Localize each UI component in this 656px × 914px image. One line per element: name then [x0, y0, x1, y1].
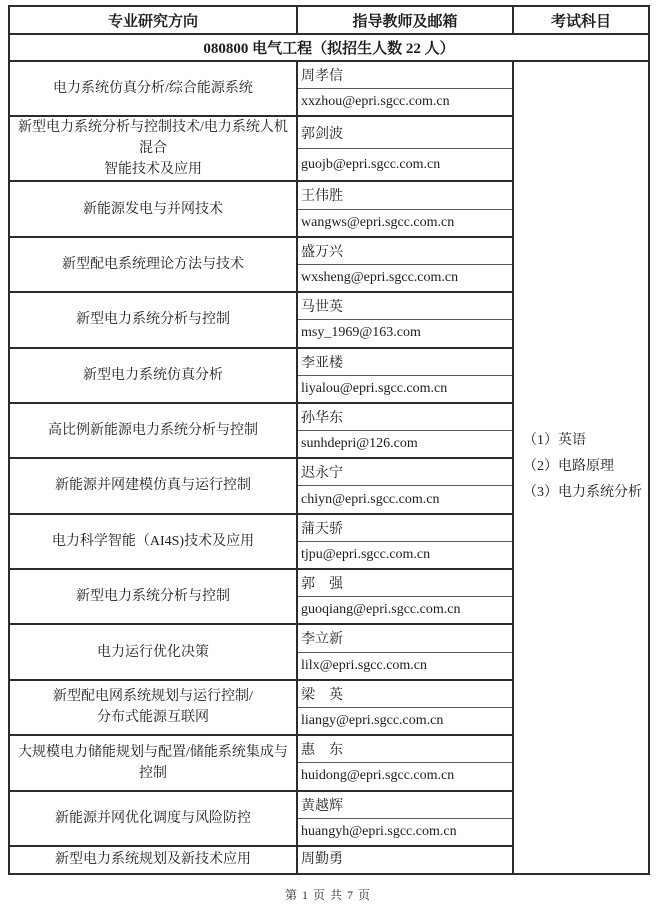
advisor-name: 李亚楼: [297, 348, 513, 376]
direction-cell: 大规模电力储能规划与配置/储能系统集成与控制: [9, 735, 297, 790]
advisor-name: 马世英: [297, 292, 513, 320]
advisor-email: tjpu@epri.sgcc.com.cn: [297, 541, 513, 569]
advisor-name: 梁 英: [297, 680, 513, 708]
advisor-name: 蒲天骄: [297, 514, 513, 542]
page-number: 第 1 页 共 7 页: [0, 886, 656, 903]
direction-cell: 电力运行优化决策: [9, 624, 297, 679]
section-title: 080800 电气工程（拟招生人数 22 人）: [9, 34, 649, 61]
advisor-name: 郭 强: [297, 569, 513, 597]
direction-cell: 新能源发电与并网技术: [9, 181, 297, 236]
advisor-name: 周勤勇: [297, 846, 513, 874]
direction-cell: 新型电力系统分析与控制: [9, 292, 297, 347]
advisor-email: msy_1969@163.com: [297, 320, 513, 348]
admissions-table: 专业研究方向 指导教师及邮箱 考试科目 080800 电气工程（拟招生人数 22…: [8, 5, 650, 875]
exam-subject: （2）电路原理: [523, 454, 648, 480]
direction-cell: 新型电力系统规划及新技术应用: [9, 846, 297, 874]
advisor-email: huidong@epri.sgcc.com.cn: [297, 763, 513, 791]
direction-cell: 新型电力系统分析与控制技术/电力系统人机混合 智能技术及应用: [9, 116, 297, 181]
advisor-name: 王伟胜: [297, 181, 513, 209]
direction-cell: 电力科学智能（AI4S)技术及应用: [9, 514, 297, 569]
direction-cell: 新型电力系统仿真分析: [9, 348, 297, 403]
advisor-email: wxsheng@epri.sgcc.com.cn: [297, 264, 513, 292]
header-advisor-email: 指导教师及邮箱: [297, 6, 513, 34]
advisor-name: 郭剑波: [297, 116, 513, 149]
exam-subject: （3）电力系统分析: [523, 480, 648, 506]
direction-cell: 新型配电网系统规划与运行控制/ 分布式能源互联网: [9, 680, 297, 735]
advisor-email: wangws@epri.sgcc.com.cn: [297, 209, 513, 237]
exam-subjects-cell: （1）英语（2）电路原理（3）电力系统分析: [513, 61, 649, 874]
table-row: 电力系统仿真分析/综合能源系统周孝信（1）英语（2）电路原理（3）电力系统分析: [9, 61, 649, 89]
advisor-email: liangy@epri.sgcc.com.cn: [297, 707, 513, 735]
advisor-email: guoqiang@epri.sgcc.com.cn: [297, 597, 513, 625]
table-body: 电力系统仿真分析/综合能源系统周孝信（1）英语（2）电路原理（3）电力系统分析x…: [9, 61, 649, 874]
direction-cell: 新能源并网优化调度与风险防控: [9, 791, 297, 846]
advisor-email: chiyn@epri.sgcc.com.cn: [297, 486, 513, 514]
header-exam-subjects: 考试科目: [513, 6, 649, 34]
advisor-name: 周孝信: [297, 61, 513, 89]
advisor-name: 盛万兴: [297, 237, 513, 265]
advisor-name: 迟永宁: [297, 458, 513, 486]
direction-cell: 新型电力系统分析与控制: [9, 569, 297, 624]
advisor-email: huangyh@epri.sgcc.com.cn: [297, 818, 513, 846]
direction-cell: 新型配电系统理论方法与技术: [9, 237, 297, 292]
advisor-email: xxzhou@epri.sgcc.com.cn: [297, 89, 513, 117]
advisor-name: 李立新: [297, 624, 513, 652]
advisor-name: 孙华东: [297, 403, 513, 431]
document-page: { "table": { "headers": ["专业研究方向", "指导教师…: [0, 0, 656, 914]
section-row: 080800 电气工程（拟招生人数 22 人）: [9, 34, 649, 61]
advisor-name: 惠 东: [297, 735, 513, 763]
advisor-email: liyalou@epri.sgcc.com.cn: [297, 375, 513, 403]
header-research-direction: 专业研究方向: [9, 6, 297, 34]
advisor-email: lilx@epri.sgcc.com.cn: [297, 652, 513, 680]
advisor-name: 黄越辉: [297, 791, 513, 819]
table-header-row: 专业研究方向 指导教师及邮箱 考试科目: [9, 6, 649, 34]
direction-cell: 电力系统仿真分析/综合能源系统: [9, 61, 297, 116]
exam-subject: （1）英语: [523, 428, 648, 454]
advisor-email: sunhdepri@126.com: [297, 431, 513, 459]
advisor-email: guojb@epri.sgcc.com.cn: [297, 149, 513, 182]
direction-cell: 新能源并网建模仿真与运行控制: [9, 458, 297, 513]
direction-cell: 高比例新能源电力系统分析与控制: [9, 403, 297, 458]
